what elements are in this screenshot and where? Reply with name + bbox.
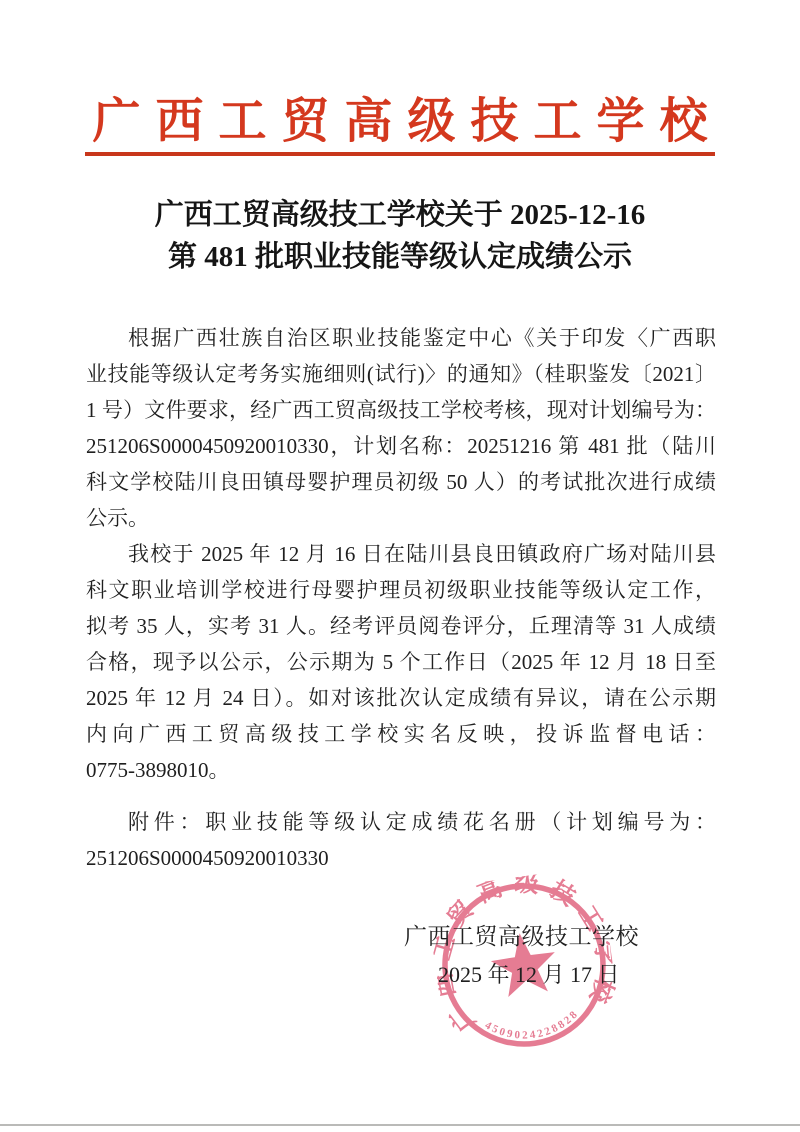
document-title: 广西工贸高级技工学校关于 2025-12-16 第 481 批职业技能等级认定成… [0,194,800,278]
attachment-line: 251206S0000450920010330 [86,840,716,876]
body-line: 拟考 35 人，实考 31 人。经考评员阅卷评分，丘理清等 31 人成绩 [86,608,716,644]
body-line: 我校于 2025 年 12 月 16 日在陆川县良田镇政府广场对陆川县 [86,536,716,572]
body-line: 1 号）文件要求，经广西工贸高级技工学校考核，现对计划编号为： [86,392,716,428]
body-line: 合格，现予以公示，公示期为 5 个工作日（2025 年 12 月 18 日至 [86,644,716,680]
paragraph-2: 我校于 2025 年 12 月 16 日在陆川县良田镇政府广场对陆川县 科文职业… [86,536,716,788]
paragraph-1: 根据广西壮族自治区职业技能鉴定中心《关于印发〈广西职 业技能等级认定考务实施细则… [86,320,716,536]
body-text: 根据广西壮族自治区职业技能鉴定中心《关于印发〈广西职 业技能等级认定考务实施细则… [86,320,716,876]
school-masthead: 广西工贸高级技工学校 [0,96,800,149]
signature-date: 2025 年 12 月 17 日 [438,960,620,990]
document-title-line2: 第 481 批职业技能等级认定成绩公示 [0,236,800,278]
body-line: 科文职业培训学校进行母婴护理员初级职业技能等级认定工作， [86,572,716,608]
body-line: 0775-3898010。 [86,752,716,788]
scan-edge-line [0,1124,800,1126]
body-line: 251206S0000450920010330，计划名称：20251216 第 … [86,428,716,464]
body-line: 科文学校陆川良田镇母婴护理员初级 50 人）的考试批次进行成绩 [86,464,716,500]
document-page: 广西工贸高级技工学校 广西工贸高级技工学校关于 2025-12-16 第 481… [0,0,800,1132]
body-line: 业技能等级认定考务实施细则(试行)〉的通知》（桂职鉴发〔2021〕 [86,356,716,392]
masthead-rule [85,152,715,156]
attachment-line: 附件：职业技能等级认定成绩花名册（计划编号为： [86,804,716,840]
document-title-line1: 广西工贸高级技工学校关于 2025-12-16 [0,194,800,236]
body-line: 根据广西壮族自治区职业技能鉴定中心《关于印发〈广西职 [86,320,716,356]
body-line: 内向广西工贸高级技工学校实名反映，投诉监督电话： [86,716,716,752]
attachment-note: 附件：职业技能等级认定成绩花名册（计划编号为： 251206S000045092… [86,804,716,876]
signature-org: 广西工贸高级技工学校 [404,922,639,952]
body-line: 公示。 [86,500,716,536]
body-line: 2025 年 12 月 24 日）。如对该批次认定成绩有异议，请在公示期 [86,680,716,716]
